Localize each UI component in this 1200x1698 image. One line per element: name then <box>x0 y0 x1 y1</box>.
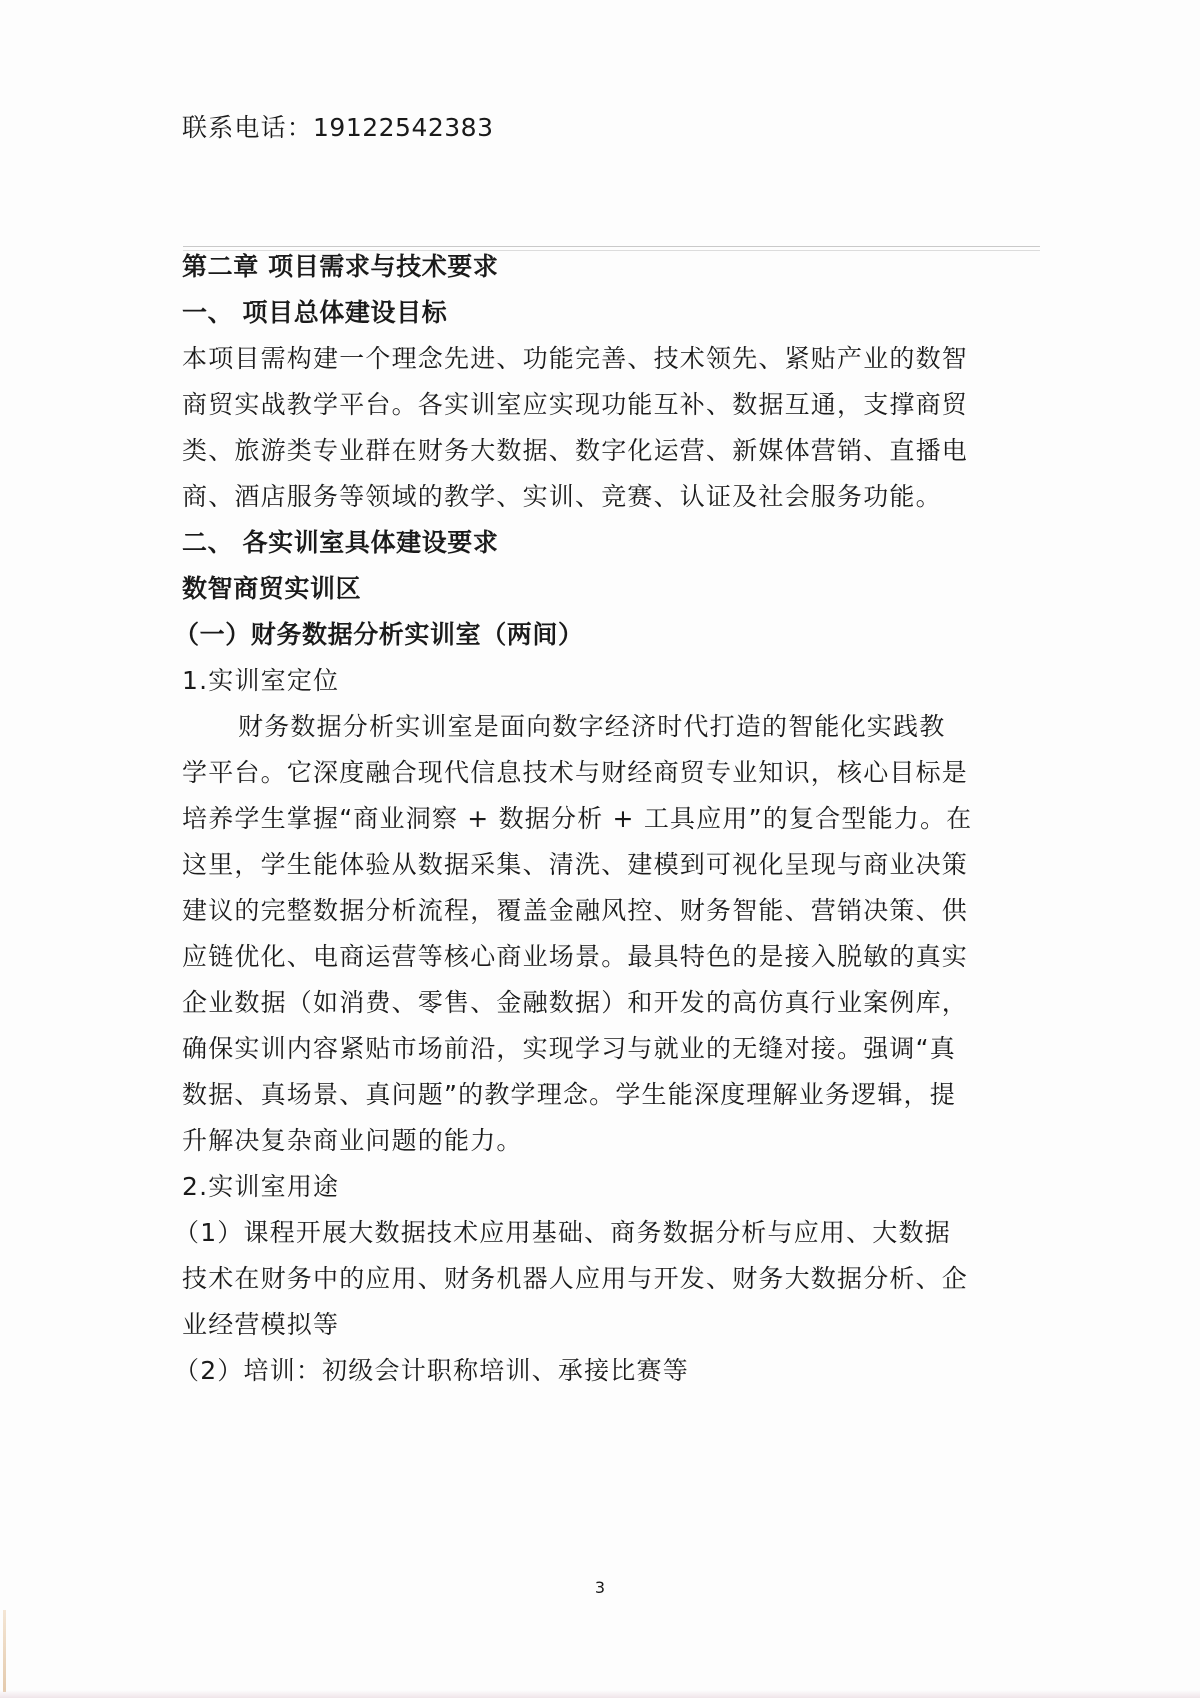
contact-label: 联系电话： <box>182 113 313 142</box>
scan-edge-mark <box>3 1610 6 1692</box>
positioning-paragraph-line: 这里，学生能体验从数据采集、清洗、建模到可视化呈现与商业决策 <box>182 850 968 880</box>
room-title: （一）财务数据分析实训室（两间） <box>174 620 584 650</box>
usage-item1-line: 业经营模拟等 <box>182 1310 339 1340</box>
positioning-heading: 1.实训室定位 <box>182 666 339 696</box>
usage-heading: 2.实训室用途 <box>182 1172 339 1202</box>
positioning-paragraph-line: 应链优化、电商运营等核心商业场景。最具特色的是接入脱敏的真实 <box>182 942 968 972</box>
positioning-paragraph-line: 升解决复杂商业问题的能力。 <box>182 1126 523 1156</box>
contact-phone: 19122542383 <box>313 113 493 142</box>
scan-bottom-shade <box>0 1690 1200 1698</box>
positioning-paragraph-line: 企业数据（如消费、零售、金融数据）和开发的高仿真行业案例库， <box>182 988 968 1018</box>
section-divider <box>183 246 1040 251</box>
positioning-paragraph-line: 培养学生掌握“商业洞察 + 数据分析 + 工具应用”的复合型能力。在 <box>182 804 972 834</box>
contact-phone-line: 联系电话：19122542383 <box>182 113 493 143</box>
document-page: 联系电话：19122542383 第二章 项目需求与技术要求 一、 项目总体建设… <box>0 0 1200 1698</box>
usage-item1-line: 技术在财务中的应用、财务机器人应用与开发、财务大数据分析、企 <box>182 1264 968 1294</box>
usage-item2: （2）培训：初级会计职称培训、承接比赛等 <box>174 1356 689 1386</box>
positioning-paragraph-line: 学平台。它深度融合现代信息技术与财经商贸专业知识，核心目标是 <box>182 758 968 788</box>
page-number: 3 <box>0 1578 1200 1598</box>
chapter-title: 第二章 项目需求与技术要求 <box>182 252 499 282</box>
positioning-paragraph-line: 财务数据分析实训室是面向数字经济时代打造的智能化实践教 <box>238 712 945 742</box>
positioning-paragraph-line: 数据、真场景、真问题”的教学理念。学生能深度理解业务逻辑，提 <box>182 1080 956 1110</box>
section2-heading: 二、 各实训室具体建设要求 <box>182 528 499 558</box>
section1-heading: 一、 项目总体建设目标 <box>182 298 447 328</box>
section1-paragraph-line: 商、酒店服务等领域的教学、实训、竞赛、认证及社会服务功能。 <box>182 482 942 512</box>
positioning-paragraph-line: 建议的完整数据分析流程，覆盖金融风控、财务智能、营销决策、供 <box>182 896 968 926</box>
section1-paragraph-line: 商贸实战教学平台。各实训室应实现功能互补、数据互通，支撑商贸 <box>182 390 968 420</box>
section1-paragraph-line: 本项目需构建一个理念先进、功能完善、技术领先、紧贴产业的数智 <box>182 344 968 374</box>
area-title: 数智商贸实训区 <box>182 574 361 604</box>
usage-item1-line: （1）课程开展大数据技术应用基础、商务数据分析与应用、大数据 <box>174 1218 951 1248</box>
positioning-paragraph-line: 确保实训内容紧贴市场前沿，实现学习与就业的无缝对接。强调“真 <box>182 1034 956 1064</box>
section1-paragraph-line: 类、旅游类专业群在财务大数据、数字化运营、新媒体营销、直播电 <box>182 436 968 466</box>
